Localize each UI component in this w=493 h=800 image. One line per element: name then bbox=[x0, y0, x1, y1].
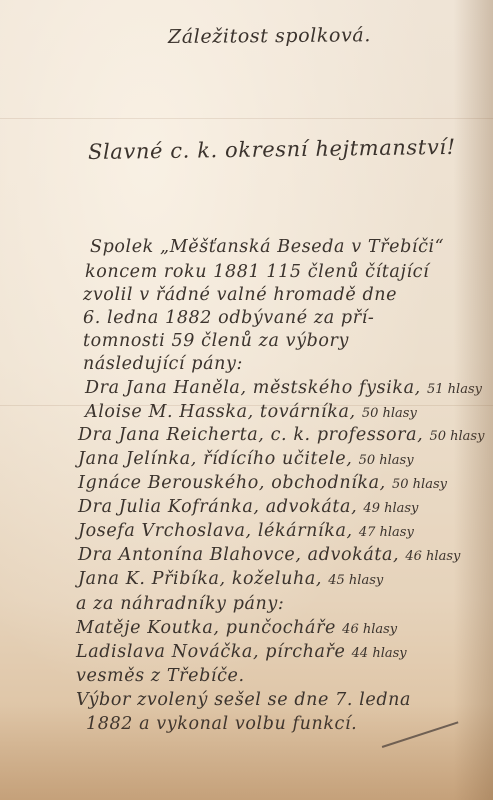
member-votes: 49 hlasy bbox=[363, 501, 418, 516]
member-votes: 50 hlasy bbox=[362, 406, 417, 421]
body-line: zvolil v řádné valné hromadě dne bbox=[83, 285, 397, 305]
substitutes-intro: a za náhradníky pány: bbox=[76, 594, 284, 614]
member-name: Dra Jana Haněla, městského fysika, bbox=[85, 378, 421, 398]
member-name: Dra Julia Kofránka, advokáta, bbox=[78, 497, 357, 517]
member-row: Dra Julia Kofránka, advokáta, 49 hlasy bbox=[78, 497, 418, 517]
body-line: koncem roku 1881 115 členů čítající bbox=[85, 262, 429, 282]
member-row: Dra Antonína Blahovce, advokáta, 46 hlas… bbox=[78, 545, 460, 565]
substitute-votes: 46 hlasy bbox=[342, 622, 397, 637]
closing-flourish bbox=[382, 721, 459, 747]
document-page: Záležitost spolková. Slavné c. k. okresn… bbox=[0, 0, 493, 800]
salutation: Slavné c. k. okresní hejtmanství! bbox=[88, 135, 456, 164]
member-row: Aloise M. Hasska, továrníka, 50 hlasy bbox=[85, 402, 417, 422]
closing-line: Výbor zvolený sešel se dne 7. ledna bbox=[76, 690, 411, 710]
document-header: Záležitost spolková. bbox=[168, 24, 371, 48]
member-row: Ignáce Berouského, obchodníka, 50 hlasy bbox=[78, 473, 447, 493]
member-name: Ignáce Berouského, obchodníka, bbox=[78, 473, 386, 493]
member-votes: 50 hlasy bbox=[429, 429, 484, 444]
member-votes: 46 hlasy bbox=[405, 549, 460, 564]
member-name: Jana K. Přibíka, koželuha, bbox=[78, 569, 322, 589]
member-row: Jana Jelínka, řídícího učitele, 50 hlasy bbox=[78, 449, 414, 469]
member-row: Dra Jana Haněla, městského fysika, 51 hl… bbox=[85, 378, 482, 398]
member-name: Jana Jelínka, řídícího učitele, bbox=[78, 449, 352, 469]
member-votes: 51 hlasy bbox=[427, 382, 482, 397]
member-name: Dra Antonína Blahovce, advokáta, bbox=[78, 545, 399, 565]
body-line: tomnosti 59 členů za výbory bbox=[83, 331, 349, 351]
substitute-row: Ladislava Nováčka, pírchaře 44 hlasy bbox=[76, 642, 407, 662]
member-row: Dra Jana Reicherta, c. k. professora, 50… bbox=[78, 425, 484, 445]
member-name: Josefa Vrchoslava, lékárníka, bbox=[78, 521, 353, 541]
substitute-row: Matěje Koutka, punčocháře 46 hlasy bbox=[76, 618, 397, 638]
substitute-name: Matěje Koutka, punčocháře bbox=[76, 618, 336, 638]
substitute-votes: 44 hlasy bbox=[352, 646, 407, 661]
member-name: Aloise M. Hasska, továrníka, bbox=[85, 402, 356, 422]
paper-crease bbox=[0, 118, 493, 119]
body-line: 6. ledna 1882 odbývané za pří- bbox=[83, 308, 374, 328]
body-line: následující pány: bbox=[83, 354, 243, 374]
member-row: Josefa Vrchoslava, lékárníka, 47 hlasy bbox=[78, 521, 414, 541]
member-row: Jana K. Přibíka, koželuha, 45 hlasy bbox=[78, 569, 383, 589]
body-line: Spolek „Měšťanská Beseda v Třebíči“ bbox=[90, 237, 444, 257]
member-votes: 50 hlasy bbox=[359, 453, 414, 468]
member-votes: 47 hlasy bbox=[359, 525, 414, 540]
member-votes: 50 hlasy bbox=[392, 477, 447, 492]
member-votes: 45 hlasy bbox=[328, 573, 383, 588]
member-name: Dra Jana Reicherta, c. k. professora, bbox=[78, 425, 423, 445]
closing-line: 1882 a vykonal volbu funkcí. bbox=[86, 714, 357, 734]
substitute-name: Ladislava Nováčka, pírchaře bbox=[76, 642, 345, 662]
closing-line: vesměs z Třebíče. bbox=[76, 666, 245, 686]
